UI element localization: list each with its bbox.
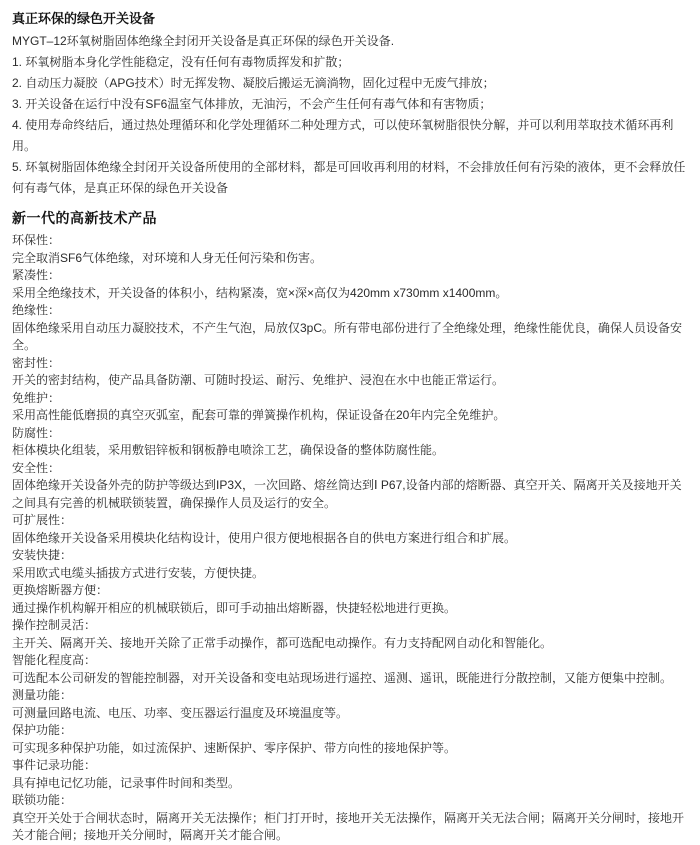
feature-text: 完全取消SF6气体绝缘，对环境和人身无任何污染和伤害。: [12, 250, 690, 268]
intro-paragraph: 2. 自动压力凝胶（APG技术）时无挥发物、凝胶后搬运无滴淌物，固化过程中无废气…: [12, 73, 690, 94]
feature-text: 可实现多种保护功能，如过流保护、速断保护、零序保护、带方向性的接地保护等。: [12, 740, 690, 758]
feature-text: 具有掉电记忆功能，记录事件时间和类型。: [12, 775, 690, 793]
intro-paragraph: 1. 环氧树脂本身化学性能稳定，没有任何有毒物质挥发和扩散；: [12, 52, 690, 73]
features-section-title: 新一代的高新技术产品: [12, 209, 690, 228]
feature-text: 通过操作机构解开相应的机械联锁后，即可手动抽出熔断器，快捷轻松地进行更换。: [12, 600, 690, 618]
green-switchgear-section: MYGT–12环氧树脂固体绝缘全封闭开关设备是真正环保的绿色开关设备.1. 环氧…: [12, 31, 690, 199]
feature-text: 柜体模块化组装，采用敷铝锌板和钢板静电喷涂工艺，确保设备的整体防腐性能。: [12, 442, 690, 460]
feature-text: 主开关、隔离开关、接地开关除了正常手动操作，都可选配电动操作。有力支持配网自动化…: [12, 635, 690, 653]
feature-text: 固体绝缘采用自动压力凝胶技术，不产生气泡，局放仅3pC。所有带电部份进行了全绝缘…: [12, 320, 690, 355]
intro-paragraph: 5. 环氧树脂固体绝缘全封闭开关设备所使用的全部材料，都是可回收再利用的材料，不…: [12, 157, 690, 199]
feature-label: 智能化程度高：: [12, 652, 690, 670]
feature-label: 密封性：: [12, 355, 690, 373]
feature-text: 可选配本公司研发的智能控制器，对开关设备和变电站现场进行遥控、遥测、遥讯，既能进…: [12, 670, 690, 688]
document-page: 真正环保的绿色开关设备 MYGT–12环氧树脂固体绝缘全封闭开关设备是真正环保的…: [0, 0, 700, 845]
features-section: 环保性：完全取消SF6气体绝缘，对环境和人身无任何污染和伤害。紧凑性：采用全绝缘…: [12, 232, 690, 845]
intro-paragraph: 3. 开关设备在运行中没有SF6温室气体排放，无油污，不会产生任何有毒气体和有害…: [12, 94, 690, 115]
feature-label: 安装快捷：: [12, 547, 690, 565]
feature-label: 测量功能：: [12, 687, 690, 705]
feature-label: 免维护：: [12, 390, 690, 408]
feature-text: 采用全绝缘技术，开关设备的体积小，结构紧凑，宽×深×高仅为420mm x730m…: [12, 285, 690, 303]
intro-paragraph: MYGT–12环氧树脂固体绝缘全封闭开关设备是真正环保的绿色开关设备.: [12, 31, 690, 52]
feature-text: 采用高性能低磨损的真空灭弧室，配套可靠的弹簧操作机构，保证设备在20年内完全免维…: [12, 407, 690, 425]
feature-label: 可扩展性：: [12, 512, 690, 530]
feature-text: 可测量回路电流、电压、功率、变压器运行温度及环境温度等。: [12, 705, 690, 723]
feature-text: 固体绝缘开关设备外壳的防护等级达到IP3X，一次回路、熔丝筒达到Ⅰ P67,设备…: [12, 477, 690, 512]
feature-label: 更换熔断器方便：: [12, 582, 690, 600]
feature-label: 绝缘性：: [12, 302, 690, 320]
feature-label: 保护功能：: [12, 722, 690, 740]
feature-text: 真空开关处于合闸状态时，隔离开关无法操作；柜门打开时，接地开关无法操作，隔离开关…: [12, 810, 690, 845]
feature-label: 操作控制灵活：: [12, 617, 690, 635]
intro-paragraph: 4. 使用寿命终结后，通过热处理循环和化学处理循环二种处理方式，可以使环氧树脂很…: [12, 115, 690, 157]
page-title: 真正环保的绿色开关设备: [12, 11, 690, 27]
feature-label: 防腐性：: [12, 425, 690, 443]
feature-text: 开关的密封结构，使产品具备防潮、可随时投运、耐污、免维护、浸泡在水中也能正常运行…: [12, 372, 690, 390]
feature-text: 采用欧式电缆头插拔方式进行安装，方便快捷。: [12, 565, 690, 583]
feature-text: 固体绝缘开关设备采用模块化结构设计，使用户很方便地根据各自的供电方案进行组合和扩…: [12, 530, 690, 548]
feature-label: 安全性：: [12, 460, 690, 478]
feature-label: 紧凑性：: [12, 267, 690, 285]
feature-label: 联锁功能：: [12, 792, 690, 810]
feature-label: 环保性：: [12, 232, 690, 250]
feature-label: 事件记录功能：: [12, 757, 690, 775]
